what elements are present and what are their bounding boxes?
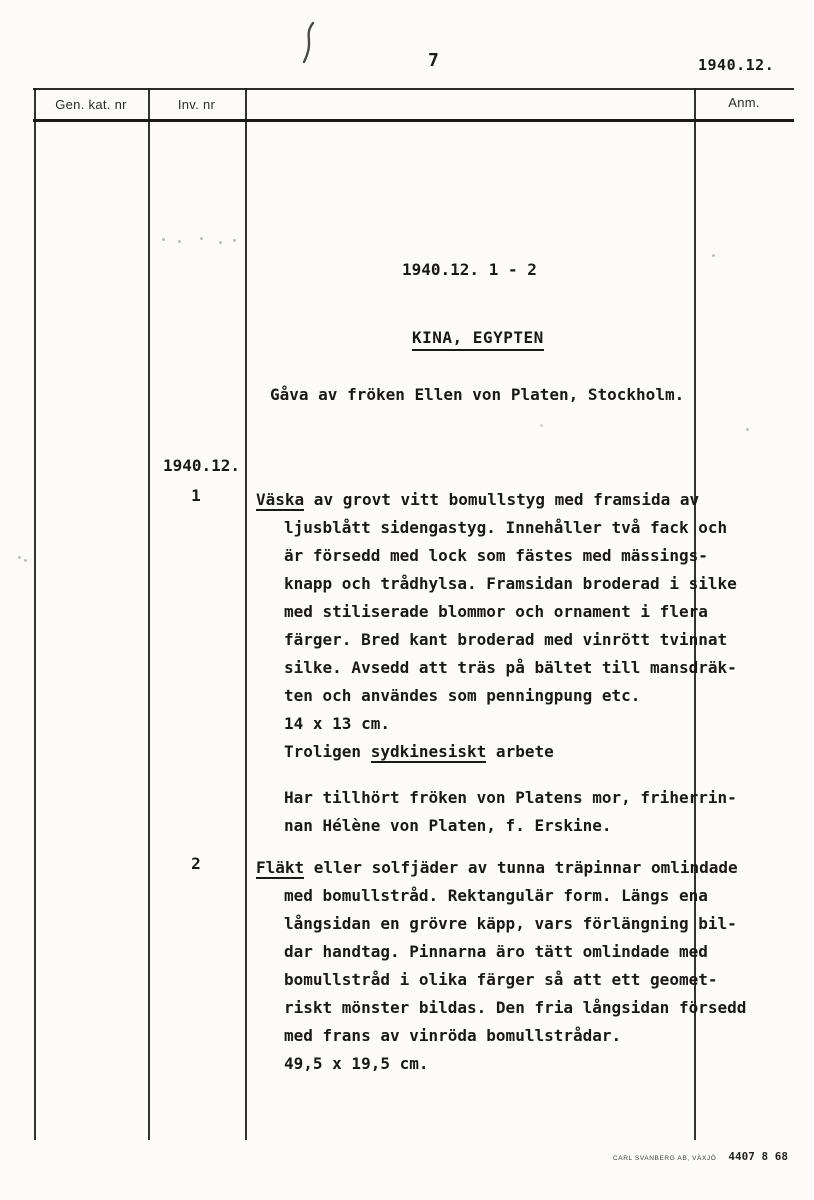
print-code: 4407 8 68 — [728, 1150, 788, 1163]
entry-line: Troligen sydkinesiskt arbete — [256, 738, 814, 766]
entry-line: med stiliserade blommor och ornament i f… — [256, 598, 814, 626]
donation-line: Gåva av fröken Ellen von Platen, Stockho… — [270, 385, 684, 404]
printer-credit: CARL SVANBERG AB, VÄXJÖ — [613, 1155, 716, 1162]
inv-number: 1 — [178, 486, 214, 505]
column-header-gen-kat-nr: Gen. kat. nr — [34, 97, 148, 112]
entry-line: med bomullstråd. Rektangulär form. Längs… — [256, 882, 814, 910]
entry-paragraph: Fläkt eller solfjäder av tunna träpinnar… — [256, 854, 814, 1078]
catalog-entry: 2Fläkt eller solfjäder av tunna träpinna… — [0, 854, 814, 1078]
entry-paragraph: Väska av grovt vitt bomullstyg med frams… — [256, 486, 814, 766]
entry-line: dar handtag. Pinnarna äro tätt omlindade… — [256, 938, 814, 966]
column-header-inv-nr: Inv. nr — [148, 97, 245, 112]
entry-line: ljusblått sidengastyg. Innehåller två fa… — [256, 514, 814, 542]
page-number: 7 — [428, 50, 439, 71]
printer-mark: CARL SVANBERG AB, VÄXJÖ 4407 8 68 — [613, 1150, 788, 1163]
catalog-page-scan: 7 1940.12. Gen. kat. nr Inv. nr Anm. 194… — [0, 0, 814, 1200]
entries: 1Väska av grovt vitt bomullstyg med fram… — [0, 486, 814, 1078]
period-label: 1940.12. — [698, 56, 774, 74]
entry-line: 49,5 x 19,5 cm. — [256, 1050, 814, 1078]
section-heading: KINA, EGYPTEN — [412, 328, 544, 351]
entry-text: Väska av grovt vitt bomullstyg med frams… — [256, 486, 814, 840]
entry-line: är försedd med lock som fästes med mässi… — [256, 542, 814, 570]
entry-range-heading: 1940.12. 1 - 2 — [402, 260, 537, 279]
entry-line: färger. Bred kant broderad med vinrött t… — [256, 626, 814, 654]
entry-line: ten och användes som penningpung etc. — [256, 682, 814, 710]
entry-line: bomullstråd i olika färger så att ett ge… — [256, 966, 814, 994]
entry-line: med frans av vinröda bomullstrådar. — [256, 1022, 814, 1050]
entry-line: riskt mönster bildas. Den fria långsidan… — [256, 994, 814, 1022]
scan-speck — [162, 238, 165, 241]
catalog-entry: 1Väska av grovt vitt bomullstyg med fram… — [0, 486, 814, 840]
column-header-anm: Anm. — [694, 95, 794, 110]
scan-speck — [712, 254, 715, 257]
inv-number: 2 — [178, 854, 214, 873]
entry-paragraph: Har tillhört fröken von Platens mor, fri… — [256, 784, 814, 840]
entry-line: Har tillhört fröken von Platens mor, fri… — [256, 784, 814, 812]
entry-line: långsidan en grövre käpp, vars förlängni… — [256, 910, 814, 938]
entry-line: nan Hélène von Platen, f. Erskine. — [256, 812, 814, 840]
entry-line: knapp och trådhylsa. Framsidan broderad … — [256, 570, 814, 598]
pen-stroke-mark — [293, 20, 321, 66]
entry-line: silke. Avsedd att träs på bältet till ma… — [256, 654, 814, 682]
entry-line: Väska av grovt vitt bomullstyg med frams… — [256, 486, 814, 514]
entry-text: Fläkt eller solfjäder av tunna träpinnar… — [256, 854, 814, 1078]
entry-line: Fläkt eller solfjäder av tunna träpinnar… — [256, 854, 814, 882]
inventory-year-label: 1940.12. — [163, 456, 240, 475]
scan-speck — [746, 428, 749, 431]
entry-line: 14 x 13 cm. — [256, 710, 814, 738]
scan-speck — [540, 424, 543, 427]
